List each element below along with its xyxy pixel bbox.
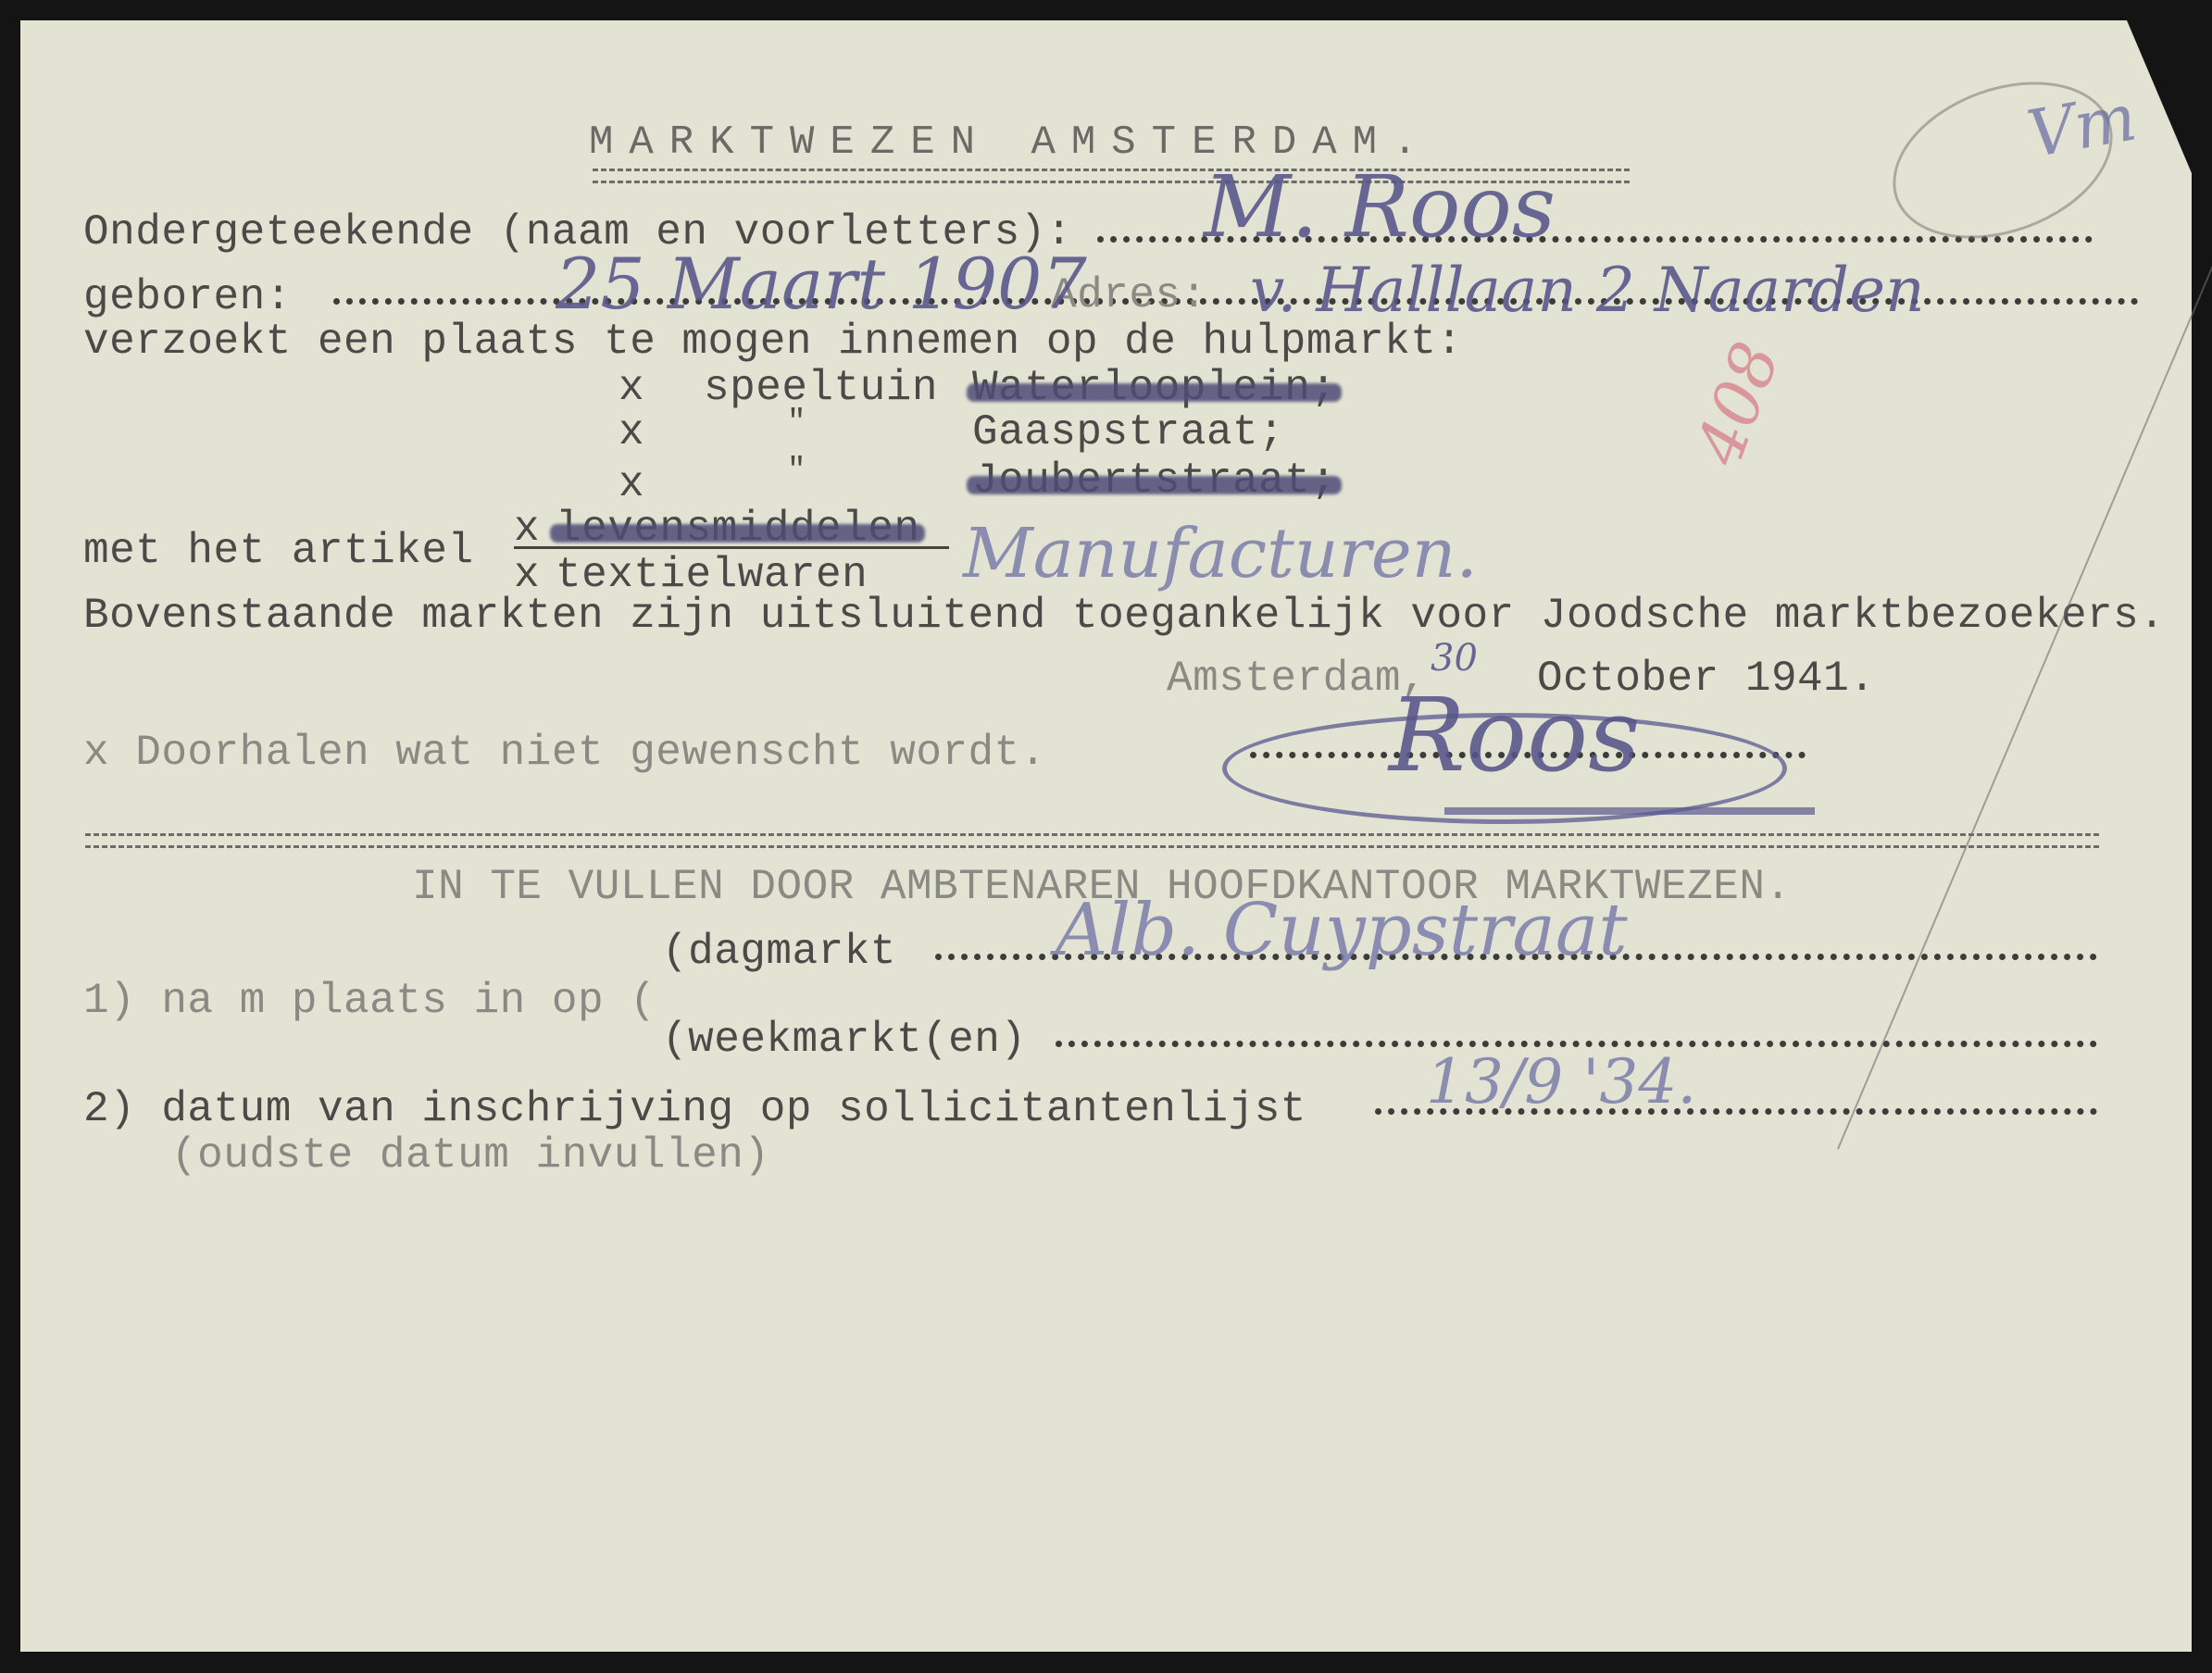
- address-handwritten-value: v. Halllaan 2 Naarden: [1250, 255, 1925, 326]
- market-name-joubertstraat: Joubertstraat;: [972, 459, 1336, 502]
- strike-note: x Doorhalen wat niet gewenscht wordt.: [83, 731, 1046, 774]
- section-separator: [85, 833, 2099, 848]
- signature-handwritten: Roos: [1389, 676, 1641, 794]
- market-name-struck: Joubertstraat;: [972, 459, 1336, 502]
- dagmarkt-label: (dagmarkt: [662, 930, 896, 973]
- request-line: verzoekt een plaats te mogen innemen op …: [83, 320, 1463, 363]
- article-option-textielwaren: textielwaren: [556, 554, 868, 596]
- article-label: met het artikel: [83, 530, 474, 572]
- market-mark-3: x: [619, 463, 644, 506]
- notice-text: Bovenstaande markten zijn uitsluitend to…: [83, 594, 2165, 637]
- dagmarkt-handwritten-value: Alb. Cuypstraat: [1056, 889, 1628, 972]
- born-handwritten-value: 25 Maart 1907: [556, 243, 1087, 325]
- item2-sub-label: (oudste datum invullen): [171, 1134, 769, 1177]
- item2-label: 2) datum van inschrijving op sollicitant…: [83, 1088, 1306, 1130]
- article-mark-2: x: [514, 554, 540, 596]
- item1-label: 1) na m plaats in op (: [83, 980, 656, 1022]
- market-prefix-3: ": [787, 456, 806, 487]
- market-mark-2: x: [619, 411, 644, 454]
- place-label: Amsterdam,: [1167, 657, 1427, 700]
- article-option-levensmiddelen: levensmiddelen: [556, 507, 919, 550]
- name-handwritten-value: M. Roos: [1204, 157, 1556, 256]
- market-prefix-1: speeltuin: [704, 367, 938, 409]
- market-name-struck: Waterlooplein;: [972, 367, 1336, 409]
- article-handwritten-value: Manufacturen.: [963, 514, 1478, 593]
- born-label: geboren:: [83, 276, 292, 318]
- article-fraction-line: [514, 546, 949, 549]
- market-mark-1: x: [619, 367, 644, 409]
- market-name-gaaspstraat: Gaaspstraat;: [972, 411, 1284, 454]
- article-mark-1: x: [514, 507, 540, 550]
- weekmarkt-label: (weekmarkt(en): [662, 1018, 1026, 1061]
- signature-underline: [1444, 807, 1815, 815]
- market-prefix-2: ": [787, 407, 806, 439]
- date-day-handwritten: 30: [1431, 637, 1478, 680]
- article-option-struck: levensmiddelen: [556, 507, 919, 550]
- market-name-waterlooplein: Waterlooplein;: [972, 367, 1336, 409]
- item2-handwritten-value: 13/9 '34.: [1426, 1046, 1696, 1117]
